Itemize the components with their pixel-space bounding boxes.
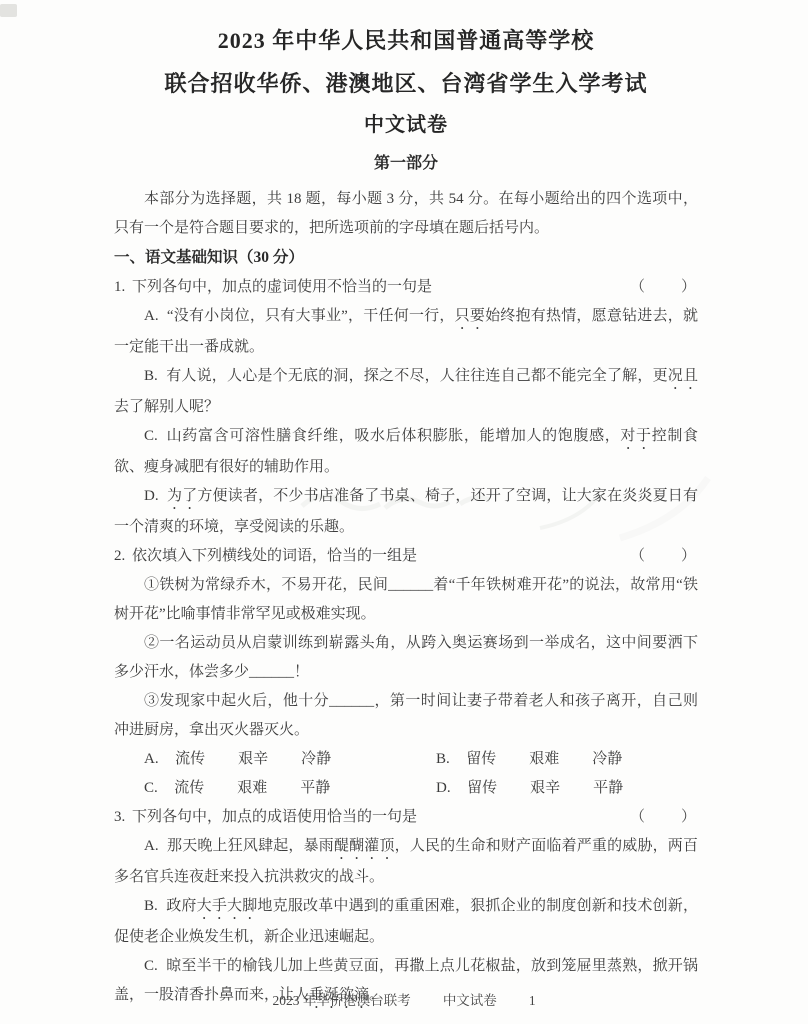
footer-page-number: 1 bbox=[529, 993, 536, 1008]
choice-a: A.流传艰辛冷静 bbox=[144, 745, 436, 774]
question-1-option-d: D.为了方便读者，不少书店准备了书桌、椅子，还开了空调，让大家在炎炎夏日有一个清… bbox=[114, 482, 698, 542]
choice-word: 留传 bbox=[466, 745, 496, 774]
question-1-text: 1.下列各句中，加点的虚词使用不恰当的一句是 bbox=[114, 273, 432, 302]
option-label: C. bbox=[144, 428, 158, 444]
question-2-choices: A.流传艰辛冷静 B.留传艰难冷静 C.流传艰难平静 D.留传艰辛平静 bbox=[144, 745, 698, 803]
page-footer: 2023 年华侨港澳台联考中文试卷1 bbox=[0, 989, 808, 1009]
answer-bracket: （ ） bbox=[630, 803, 698, 832]
footer-paper-name: 中文试卷 bbox=[443, 993, 497, 1008]
section-heading: 一、语文基础知识（30 分） bbox=[114, 243, 698, 273]
choice-word: 冷静 bbox=[592, 745, 622, 774]
option-label: B. bbox=[144, 368, 158, 384]
choice-word: 艰难 bbox=[237, 774, 267, 803]
question-1-number: 1. bbox=[114, 279, 125, 295]
exam-paper-page: 2023 年中华人民共和国普通高等学校 联合招收华侨、港澳地区、台湾省学生入学考… bbox=[0, 0, 808, 1024]
question-1-option-b: B.有人说，人心是个无底的洞，探之不尽，人往往连自己都不能完全了解，更况且去了解… bbox=[114, 362, 698, 422]
question-3-stem: 3.下列各句中，加点的成语使用恰当的一句是 （ ） bbox=[114, 803, 698, 832]
option-text: 为了方便读者，不少书店准备了书桌、椅子，还开了空调，让大家在炎炎夏日有一个清爽的… bbox=[114, 488, 698, 535]
question-2-subitem-1: ①铁树为常绿乔木，不易开花，民间______着“千年铁树难开花”的说法，故常用“… bbox=[114, 571, 698, 629]
option-label: A. bbox=[144, 838, 159, 854]
exam-title-line3: 中文试卷 bbox=[114, 111, 698, 139]
question-3-text: 3.下列各句中，加点的成语使用恰当的一句是 bbox=[114, 803, 417, 832]
choice-b: B.留传艰难冷静 bbox=[436, 745, 698, 774]
choice-d: D.留传艰辛平静 bbox=[436, 774, 698, 803]
question-2-text: 2.依次填入下列横线处的词语，恰当的一组是 bbox=[114, 542, 417, 571]
choice-word: 艰难 bbox=[529, 745, 559, 774]
part-instructions: 本部分为选择题，共 18 题，每小题 3 分，共 54 分。在每小题给出的四个选… bbox=[114, 185, 698, 243]
choice-label: D. bbox=[436, 780, 451, 796]
option-text: 政府大手大脚地克服改革中遇到的重重困难，狠抓企业的制度创新和技术创新，促使老企业… bbox=[114, 898, 698, 945]
scan-corner-artifact bbox=[0, 4, 17, 17]
option-label: A. bbox=[144, 308, 159, 324]
question-1-stem-text: 下列各句中，加点的虚词使用不恰当的一句是 bbox=[132, 279, 432, 295]
exam-title-line2: 联合招收华侨、港澳地区、台湾省学生入学考试 bbox=[114, 69, 698, 99]
question-3-option-b: B.政府大手大脚地克服改革中遇到的重重困难，狠抓企业的制度创新和技术创新，促使老… bbox=[114, 892, 698, 952]
question-3-number: 3. bbox=[114, 809, 125, 825]
exam-title-line1: 2023 年中华人民共和国普通高等学校 bbox=[114, 26, 698, 56]
question-3-stem-text: 下列各句中，加点的成语使用恰当的一句是 bbox=[132, 809, 417, 825]
part-heading: 第一部分 bbox=[114, 151, 698, 177]
choice-label: B. bbox=[436, 751, 450, 767]
choice-label: A. bbox=[144, 751, 159, 767]
choice-word: 流传 bbox=[174, 774, 204, 803]
choice-word: 艰辛 bbox=[530, 774, 560, 803]
option-label: C. bbox=[144, 958, 158, 974]
choice-word: 留传 bbox=[467, 774, 497, 803]
choice-word: 流传 bbox=[175, 745, 205, 774]
page-content: 2023 年中华人民共和国普通高等学校 联合招收华侨、港澳地区、台湾省学生入学考… bbox=[114, 0, 698, 1012]
option-text: 那天晚上狂风肆起，暴雨醍醐灌顶，人民的生命和财产面临着严重的威胁，两百多名官兵连… bbox=[114, 838, 698, 885]
choice-c: C.流传艰难平静 bbox=[144, 774, 436, 803]
question-2-subitem-3: ③发现家中起火后，他十分______，第一时间让妻子带着老人和孩子离开，自己则冲… bbox=[114, 687, 698, 745]
question-2-number: 2. bbox=[114, 548, 125, 564]
answer-bracket: （ ） bbox=[630, 542, 698, 571]
question-2-stem-text: 依次填入下列横线处的词语，恰当的一组是 bbox=[132, 548, 417, 564]
option-text: 山药富含可溶性膳食纤维，吸水后体积膨胀，能增加人的饱腹感，对于控制食欲、瘦身减肥… bbox=[114, 428, 698, 475]
option-text: 有人说，人心是个无底的洞，探之不尽，人往往连自己都不能完全了解，更况且去了解别人… bbox=[114, 368, 698, 415]
option-text: “没有小岗位，只有大事业”，干任何一行，只要始终抱有热情，愿意钻进去，就一定能干… bbox=[114, 308, 698, 355]
choice-word: 艰辛 bbox=[238, 745, 268, 774]
question-2-subitem-2: ②一名运动员从启蒙训练到崭露头角，从跨入奥运赛场到一举成名，这中间要洒下多少汗水… bbox=[114, 629, 698, 687]
option-label: B. bbox=[144, 898, 158, 914]
answer-bracket: （ ） bbox=[630, 273, 698, 302]
question-3-option-a: A.那天晚上狂风肆起，暴雨醍醐灌顶，人民的生命和财产面临着严重的威胁，两百多名官… bbox=[114, 832, 698, 892]
option-label: D. bbox=[144, 488, 159, 504]
choice-label: C. bbox=[144, 780, 158, 796]
question-1-option-a: A.“没有小岗位，只有大事业”，干任何一行，只要始终抱有热情，愿意钻进去，就一定… bbox=[114, 302, 698, 362]
question-1-stem: 1.下列各句中，加点的虚词使用不恰当的一句是 （ ） bbox=[114, 273, 698, 302]
choice-word: 冷静 bbox=[301, 745, 331, 774]
choice-word: 平静 bbox=[593, 774, 623, 803]
choice-word: 平静 bbox=[300, 774, 330, 803]
footer-exam-name: 2023 年华侨港澳台联考 bbox=[272, 993, 410, 1008]
question-2-stem: 2.依次填入下列横线处的词语，恰当的一组是 （ ） bbox=[114, 542, 698, 571]
question-1-option-c: C.山药富含可溶性膳食纤维，吸水后体积膨胀，能增加人的饱腹感，对于控制食欲、瘦身… bbox=[114, 422, 698, 482]
